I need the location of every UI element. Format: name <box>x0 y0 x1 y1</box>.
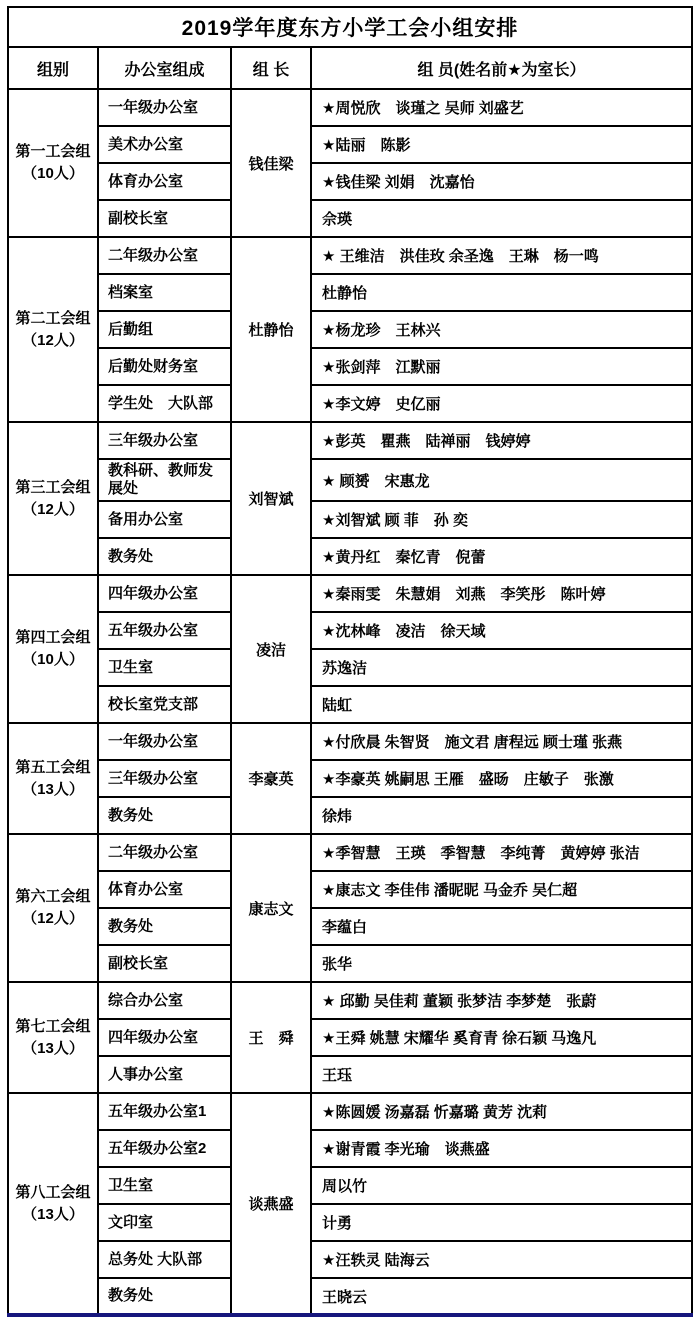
group-name-cell: 第三工会组（12人） <box>8 422 98 575</box>
office-cell: 卫生室 <box>98 649 231 686</box>
table-row: 第四工会组（10人）四年级办公室凌洁★秦雨雯 朱慧娟 刘燕 李笑彤 陈叶婷 <box>8 575 692 612</box>
members-cell: ★刘智斌 顾 菲 孙 奕 <box>311 501 692 538</box>
leader-cell: 钱佳梁 <box>231 89 311 237</box>
group-name: 第四工会组 <box>10 627 96 649</box>
table-row: 四年级办公室★王舜 姚慧 宋耀华 奚育青 徐石颖 马逸凡 <box>8 1019 692 1056</box>
office-cell: 副校长室 <box>98 200 231 237</box>
office-cell: 二年级办公室 <box>98 237 231 274</box>
members-cell: ★陆丽 陈影 <box>311 126 692 163</box>
office-cell: 副校长室 <box>98 945 231 982</box>
members-cell: ★ 顾赟 宋惠龙 <box>311 459 692 501</box>
group-size: （13人） <box>10 779 96 801</box>
table-row: 后勤处财务室★张剑萍 江默丽 <box>8 348 692 385</box>
table-row: 后勤组★杨龙珍 王林兴 <box>8 311 692 348</box>
members-cell: ★付欣晨 朱智贤 施文君 唐程远 顾士瑾 张燕 <box>311 723 692 760</box>
office-cell: 档案室 <box>98 274 231 311</box>
table-row: 副校长室张华 <box>8 945 692 982</box>
members-cell: 张华 <box>311 945 692 982</box>
office-cell: 教务处 <box>98 1278 231 1315</box>
members-cell: ★周悦欣 谈瑾之 吴师 刘盛艺 <box>311 89 692 126</box>
office-cell: 教科研、教师发展处 <box>98 459 231 501</box>
group-name-cell: 第五工会组（13人） <box>8 723 98 834</box>
col-header-members: 组 员(姓名前★为室长） <box>311 47 692 89</box>
leader-cell: 谈燕盛 <box>231 1093 311 1315</box>
group-size: （12人） <box>10 908 96 930</box>
table-row: 第六工会组（12人）二年级办公室康志文★季智慧 王瑛 季智慧 李纯菁 黄婷婷 张… <box>8 834 692 871</box>
group-size: （12人） <box>10 499 96 521</box>
header-row: 组别 办公室组成 组 长 组 员(姓名前★为室长） <box>8 47 692 89</box>
title-row: 2019学年度东方小学工会小组安排 <box>8 7 692 47</box>
table-row: 卫生室周以竹 <box>8 1167 692 1204</box>
table-row: 文印室计勇 <box>8 1204 692 1241</box>
group-size: （10人） <box>10 163 96 185</box>
members-cell: ★ 邱勤 吴佳莉 董颖 张梦洁 李梦楚 张蔚 <box>311 982 692 1019</box>
table-row: 教务处徐炜 <box>8 797 692 834</box>
office-cell: 一年级办公室 <box>98 723 231 760</box>
members-cell: ★沈林峰 凌洁 徐天域 <box>311 612 692 649</box>
table-row: 人事办公室王珏 <box>8 1056 692 1093</box>
members-cell: ★秦雨雯 朱慧娟 刘燕 李笑彤 陈叶婷 <box>311 575 692 612</box>
col-header-office: 办公室组成 <box>98 47 231 89</box>
group-name-cell: 第八工会组（13人） <box>8 1093 98 1315</box>
members-cell: ★季智慧 王瑛 季智慧 李纯菁 黄婷婷 张洁 <box>311 834 692 871</box>
table-row: 教务处王晓云 <box>8 1278 692 1315</box>
members-cell: 陆虹 <box>311 686 692 723</box>
leader-cell: 李豪英 <box>231 723 311 834</box>
table-row: 五年级办公室2★谢青霞 李光瑜 谈燕盛 <box>8 1130 692 1167</box>
col-header-group: 组别 <box>8 47 98 89</box>
table-row: 体育办公室★康志文 李佳伟 潘昵昵 马金乔 吴仁超 <box>8 871 692 908</box>
members-cell: ★张剑萍 江默丽 <box>311 348 692 385</box>
group-size: （13人） <box>10 1038 96 1060</box>
members-cell: 徐炜 <box>311 797 692 834</box>
office-cell: 卫生室 <box>98 1167 231 1204</box>
group-name: 第二工会组 <box>10 308 96 330</box>
leader-cell: 康志文 <box>231 834 311 982</box>
col-header-leader: 组 长 <box>231 47 311 89</box>
page-title: 2019学年度东方小学工会小组安排 <box>8 7 692 47</box>
members-cell: ★康志文 李佳伟 潘昵昵 马金乔 吴仁超 <box>311 871 692 908</box>
group-size: （10人） <box>10 649 96 671</box>
union-group-table: 2019学年度东方小学工会小组安排 组别 办公室组成 组 长 组 员(姓名前★为… <box>7 6 693 1317</box>
leader-cell: 刘智斌 <box>231 422 311 575</box>
table-row: 校长室党支部陆虹 <box>8 686 692 723</box>
office-cell: 四年级办公室 <box>98 1019 231 1056</box>
group-size: （13人） <box>10 1204 96 1226</box>
members-cell: ★杨龙珍 王林兴 <box>311 311 692 348</box>
office-cell: 五年级办公室2 <box>98 1130 231 1167</box>
members-cell: 苏逸洁 <box>311 649 692 686</box>
table-row: 第三工会组（12人）三年级办公室刘智斌★彭英 瞿燕 陆禅丽 钱婷婷 <box>8 422 692 459</box>
leader-cell: 王 舜 <box>231 982 311 1093</box>
table-row: 五年级办公室★沈林峰 凌洁 徐天域 <box>8 612 692 649</box>
group-name-cell: 第六工会组（12人） <box>8 834 98 982</box>
members-cell: ★陈圆媛 汤嘉磊 忻嘉璐 黄芳 沈莉 <box>311 1093 692 1130</box>
office-cell: 五年级办公室 <box>98 612 231 649</box>
office-cell: 综合办公室 <box>98 982 231 1019</box>
table-row: 三年级办公室★李豪英 姚嗣思 王雁 盛旸 庄敏子 张激 <box>8 760 692 797</box>
office-cell: 后勤组 <box>98 311 231 348</box>
members-cell: ★彭英 瞿燕 陆禅丽 钱婷婷 <box>311 422 692 459</box>
office-cell: 体育办公室 <box>98 163 231 200</box>
group-name-cell: 第七工会组（13人） <box>8 982 98 1093</box>
members-cell: 王晓云 <box>311 1278 692 1315</box>
office-cell: 总务处 大队部 <box>98 1241 231 1278</box>
members-cell: ★李豪英 姚嗣思 王雁 盛旸 庄敏子 张激 <box>311 760 692 797</box>
office-cell: 文印室 <box>98 1204 231 1241</box>
group-size: （12人） <box>10 330 96 352</box>
leader-cell: 杜静怡 <box>231 237 311 422</box>
group-name-cell: 第四工会组（10人） <box>8 575 98 723</box>
table-row: 第五工会组（13人）一年级办公室李豪英★付欣晨 朱智贤 施文君 唐程远 顾士瑾 … <box>8 723 692 760</box>
office-cell: 学生处 大队部 <box>98 385 231 422</box>
table-row: 备用办公室★刘智斌 顾 菲 孙 奕 <box>8 501 692 538</box>
office-cell: 美术办公室 <box>98 126 231 163</box>
table-row: 总务处 大队部★汪轶灵 陆海云 <box>8 1241 692 1278</box>
members-cell: 王珏 <box>311 1056 692 1093</box>
office-cell: 二年级办公室 <box>98 834 231 871</box>
table-row: 教科研、教师发展处★ 顾赟 宋惠龙 <box>8 459 692 501</box>
group-name-cell: 第二工会组（12人） <box>8 237 98 422</box>
document-page: 2019学年度东方小学工会小组安排 组别 办公室组成 组 长 组 员(姓名前★为… <box>0 0 700 1303</box>
office-cell: 教务处 <box>98 908 231 945</box>
members-cell: 李蕴白 <box>311 908 692 945</box>
leader-cell: 凌洁 <box>231 575 311 723</box>
group-name: 第七工会组 <box>10 1016 96 1038</box>
office-cell: 四年级办公室 <box>98 575 231 612</box>
table-row: 副校长室佘瑛 <box>8 200 692 237</box>
members-cell: 佘瑛 <box>311 200 692 237</box>
group-name: 第八工会组 <box>10 1182 96 1204</box>
office-cell: 校长室党支部 <box>98 686 231 723</box>
group-name: 第六工会组 <box>10 886 96 908</box>
group-name: 第一工会组 <box>10 141 96 163</box>
office-cell: 教务处 <box>98 797 231 834</box>
group-name: 第五工会组 <box>10 757 96 779</box>
table-row: 美术办公室★陆丽 陈影 <box>8 126 692 163</box>
table-row: 体育办公室★钱佳梁 刘娟 沈嘉怡 <box>8 163 692 200</box>
members-cell: 周以竹 <box>311 1167 692 1204</box>
members-cell: ★李文婷 史亿丽 <box>311 385 692 422</box>
members-cell: 计勇 <box>311 1204 692 1241</box>
office-cell: 三年级办公室 <box>98 422 231 459</box>
group-name: 第三工会组 <box>10 477 96 499</box>
office-cell: 后勤处财务室 <box>98 348 231 385</box>
table-row: 卫生室苏逸洁 <box>8 649 692 686</box>
table-row: 教务处李蕴白 <box>8 908 692 945</box>
office-cell: 教务处 <box>98 538 231 575</box>
members-cell: ★谢青霞 李光瑜 谈燕盛 <box>311 1130 692 1167</box>
table-body: 第一工会组（10人）一年级办公室钱佳梁★周悦欣 谈瑾之 吴师 刘盛艺美术办公室★… <box>8 89 692 1315</box>
table-row: 第七工会组（13人）综合办公室王 舜★ 邱勤 吴佳莉 董颖 张梦洁 李梦楚 张蔚 <box>8 982 692 1019</box>
office-cell: 一年级办公室 <box>98 89 231 126</box>
members-cell: ★黄丹红 秦忆青 倪蕾 <box>311 538 692 575</box>
table-row: 档案室杜静怡 <box>8 274 692 311</box>
table-row: 第二工会组（12人）二年级办公室杜静怡★ 王维洁 洪佳玫 余圣逸 王琳 杨一鸣 <box>8 237 692 274</box>
members-cell: ★王舜 姚慧 宋耀华 奚育青 徐石颖 马逸凡 <box>311 1019 692 1056</box>
group-name-cell: 第一工会组（10人） <box>8 89 98 237</box>
table-row: 第八工会组（13人）五年级办公室1谈燕盛★陈圆媛 汤嘉磊 忻嘉璐 黄芳 沈莉 <box>8 1093 692 1130</box>
members-cell: 杜静怡 <box>311 274 692 311</box>
members-cell: ★汪轶灵 陆海云 <box>311 1241 692 1278</box>
office-cell: 五年级办公室1 <box>98 1093 231 1130</box>
office-cell: 体育办公室 <box>98 871 231 908</box>
table-row: 教务处★黄丹红 秦忆青 倪蕾 <box>8 538 692 575</box>
office-cell: 备用办公室 <box>98 501 231 538</box>
office-cell: 三年级办公室 <box>98 760 231 797</box>
members-cell: ★钱佳梁 刘娟 沈嘉怡 <box>311 163 692 200</box>
table-row: 学生处 大队部★李文婷 史亿丽 <box>8 385 692 422</box>
table-row: 第一工会组（10人）一年级办公室钱佳梁★周悦欣 谈瑾之 吴师 刘盛艺 <box>8 89 692 126</box>
members-cell: ★ 王维洁 洪佳玫 余圣逸 王琳 杨一鸣 <box>311 237 692 274</box>
office-cell: 人事办公室 <box>98 1056 231 1093</box>
